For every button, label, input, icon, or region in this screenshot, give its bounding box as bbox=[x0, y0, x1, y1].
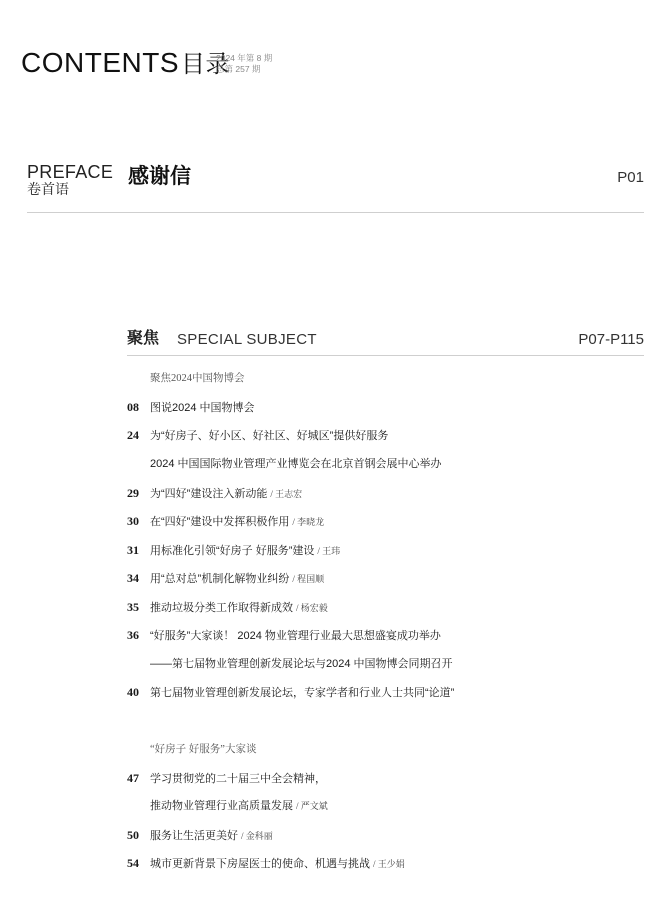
entry-title: 为“四好”建设注入新动能 bbox=[150, 488, 267, 500]
entry-author: / 王志宏 bbox=[270, 489, 302, 499]
preface-title[interactable]: 感谢信 bbox=[128, 164, 191, 190]
entry-title: 推动物业管理行业高质量发展 bbox=[150, 800, 293, 812]
entry-author: / 严文斌 bbox=[296, 801, 328, 811]
entry-title: 城市更新背景下房屋医士的使命、机遇与挑战 bbox=[150, 858, 370, 870]
entry-title: 用“总对总”机制化解物业纠纷 bbox=[150, 573, 289, 585]
entry-page: 31 bbox=[127, 543, 150, 557]
entry-title: 2024 中国国际物业管理产业博览会在北京首钢会展中心举办 bbox=[150, 458, 442, 470]
entry-title: “好服务”大家谈！ 2024 物业管理行业最大思想盛宴成功举办 bbox=[150, 630, 441, 642]
entry-title: ——第七届物业管理创新发展论坛与2024 中国物博会同期召开 bbox=[150, 658, 453, 670]
entry-title: 图说2024 中国物博会 bbox=[150, 402, 255, 414]
entry-page: 35 bbox=[127, 600, 150, 614]
entry-page: 47 bbox=[127, 771, 150, 785]
issue-total: 总第 257 期 bbox=[216, 64, 272, 75]
toc-entry[interactable]: 35推动垃圾分类工作取得新成效/ 杨宏毅 bbox=[127, 600, 328, 615]
entry-title: 用标准化引领“好房子 好服务”建设 bbox=[150, 545, 314, 557]
toc-entry-continuation[interactable]: ——第七届物业管理创新发展论坛与2024 中国物博会同期召开 bbox=[150, 657, 453, 671]
toc-entry[interactable]: 54城市更新背景下房屋医士的使命、机遇与挑战/ 王少娟 bbox=[127, 856, 405, 871]
toc-entry[interactable]: 30在“四好”建设中发挥积极作用/ 李晓龙 bbox=[127, 514, 324, 529]
entry-page: 54 bbox=[127, 856, 150, 870]
group-heading: 聚焦2024中国物博会 bbox=[150, 372, 245, 385]
entry-title: 在“四好”建设中发挥积极作用 bbox=[150, 516, 289, 528]
entry-page: 30 bbox=[127, 514, 150, 528]
group-heading: “好房子 好服务”大家谈 bbox=[150, 743, 256, 756]
section-pages: P07-P115 bbox=[578, 331, 644, 349]
toc-entry[interactable]: 50服务让生活更美好/ 金科丽 bbox=[127, 828, 273, 843]
entry-author: / 杨宏毅 bbox=[296, 603, 328, 613]
entry-title: 推动垃圾分类工作取得新成效 bbox=[150, 602, 293, 614]
entry-author: / 王少娟 bbox=[373, 859, 405, 869]
entry-title: 学习贯彻党的二十届三中全会精神， bbox=[150, 773, 326, 785]
section-label-cn: 聚焦 bbox=[127, 329, 159, 349]
toc-entry-continuation[interactable]: 推动物业管理行业高质量发展/ 严文斌 bbox=[150, 799, 328, 813]
entry-page: 50 bbox=[127, 828, 150, 842]
toc-entry[interactable]: 34用“总对总”机制化解物业纠纷/ 程国顺 bbox=[127, 571, 324, 586]
divider bbox=[27, 212, 644, 213]
toc-entry[interactable]: 24为“好房子、好小区、好社区、好城区”提供好服务 bbox=[127, 428, 388, 443]
toc-entry[interactable]: 08图说2024 中国物博会 bbox=[127, 400, 255, 415]
entry-page: 29 bbox=[127, 486, 150, 500]
toc-entry[interactable]: 40第七届物业管理创新发展论坛，专家学者和行业人士共同“论道” bbox=[127, 685, 454, 700]
contents-title: CONTENTS目录 bbox=[21, 47, 230, 81]
entry-page: 36 bbox=[127, 628, 150, 642]
entry-title: 服务让生活更美好 bbox=[150, 830, 238, 842]
entry-page: 40 bbox=[127, 685, 150, 699]
section-label-en: SPECIAL SUBJECT bbox=[177, 331, 317, 349]
entry-author: / 王玮 bbox=[317, 546, 340, 556]
toc-entry-continuation[interactable]: 2024 中国国际物业管理产业博览会在北京首钢会展中心举办 bbox=[150, 457, 442, 471]
entry-page: 24 bbox=[127, 428, 150, 442]
issue-number: 2024 年第 8 期 bbox=[216, 53, 272, 64]
entry-author: / 李晓龙 bbox=[292, 517, 324, 527]
contents-title-en: CONTENTS bbox=[21, 47, 179, 78]
entry-author: / 金科丽 bbox=[241, 831, 273, 841]
entry-title: 为“好房子、好小区、好社区、好城区”提供好服务 bbox=[150, 430, 388, 442]
toc-entry[interactable]: 47学习贯彻党的二十届三中全会精神， bbox=[127, 771, 326, 786]
divider bbox=[127, 355, 644, 356]
entry-title: 第七届物业管理创新发展论坛，专家学者和行业人士共同“论道” bbox=[150, 687, 454, 699]
entry-page: 08 bbox=[127, 400, 150, 414]
preface-page: P01 bbox=[617, 169, 644, 187]
preface-label-cn: 卷首语 bbox=[27, 181, 69, 197]
toc-entry[interactable]: 36“好服务”大家谈！ 2024 物业管理行业最大思想盛宴成功举办 bbox=[127, 628, 441, 643]
entry-author: / 程国顺 bbox=[292, 574, 324, 584]
toc-entry[interactable]: 31用标准化引领“好房子 好服务”建设/ 王玮 bbox=[127, 543, 340, 558]
issue-info: 2024 年第 8 期 总第 257 期 bbox=[216, 53, 272, 75]
toc-entry[interactable]: 29为“四好”建设注入新动能/ 王志宏 bbox=[127, 486, 302, 501]
preface-label-en: PREFACE bbox=[27, 162, 113, 182]
entry-page: 34 bbox=[127, 571, 150, 585]
